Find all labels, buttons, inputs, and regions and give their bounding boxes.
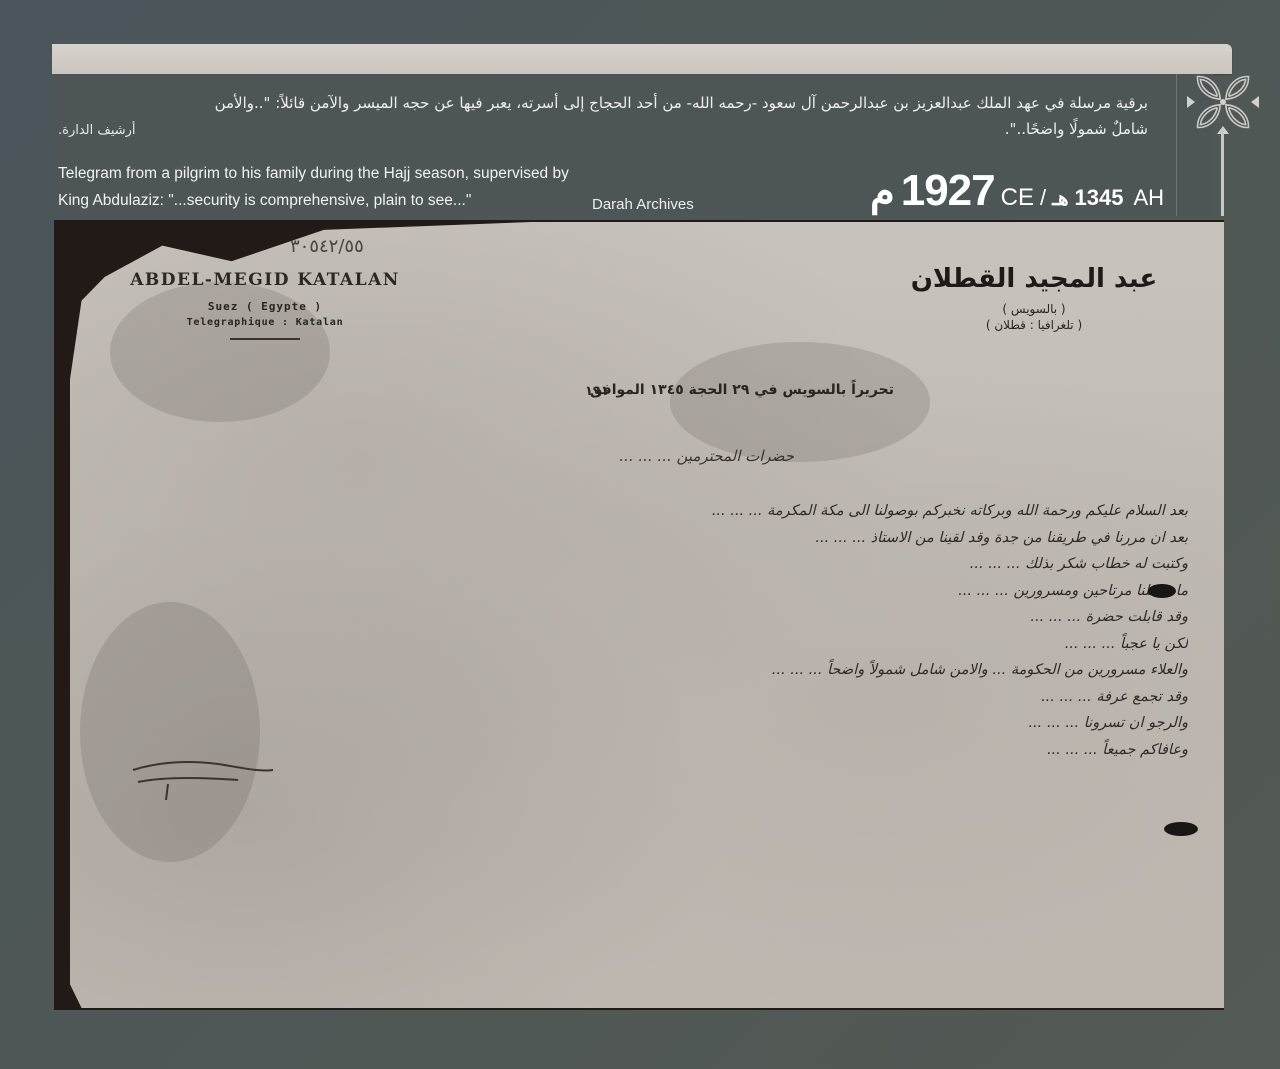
exhibit-panel: برقية مرسلة في عهد الملك عبدالعزيز بن عب… xyxy=(0,0,1280,1069)
ce-label: CE xyxy=(1001,184,1034,212)
letterhead-english: ABDEL-MEGID KATALAN Suez ( Egypte ) Tele… xyxy=(100,270,430,340)
body-line: وقد قابلت حضرة ... ... ... xyxy=(128,604,1188,631)
letterhead-city: Suez ( Egypte ) xyxy=(100,300,430,313)
signature-mark xyxy=(128,742,278,802)
letter-body: بعد السلام عليكم ورحمة الله وبركاته نخبر… xyxy=(128,498,1188,763)
year-ah: 1345 xyxy=(1074,185,1123,211)
letterhead-city-arabic: ( بالسويس ) xyxy=(884,302,1184,316)
caption-arabic-line: شاملٌ شمولًا واضحًا..". xyxy=(48,116,1148,142)
year-ah-ar-suffix: هـ xyxy=(1052,186,1068,211)
body-line: وعافاكم جميعاً ... ... ... xyxy=(128,737,1188,764)
date-separator: / xyxy=(1040,185,1046,211)
caption-english-line: Telegram from a pilgrim to his family du… xyxy=(58,160,698,187)
letterhead-name-arabic: عبد المجيد القطلان xyxy=(884,264,1184,294)
body-line: وكتبت له خطاب شكر بذلك ... ... ... xyxy=(128,551,1188,578)
body-line: والرجو ان تسرونا ... ... ... xyxy=(128,710,1188,737)
body-line: والعلاء مسرورين من الحكومة ... والامن شا… xyxy=(128,657,1188,684)
archive-credit-arabic: أرشيف الدارة. xyxy=(58,123,136,138)
year-ce-ar-suffix: م xyxy=(870,169,895,215)
letterhead-telegraphic: Telegraphique : Katalan xyxy=(100,317,430,328)
document-date-line: تحريراً بالسويس في ٢٩ الحجة ١٣٤٥ الموافق xyxy=(590,382,894,398)
letterhead-arabic: عبد المجيد القطلان ( بالسويس ) ( تلغرافي… xyxy=(884,264,1184,332)
date-block: م 1927 CE / هـ 1345 AH xyxy=(870,166,1164,216)
divider-line xyxy=(1176,74,1177,216)
letterhead-telegraphic-arabic: ( تلغرافيا : قطلان ) xyxy=(884,318,1184,332)
paper-stain xyxy=(670,342,930,462)
top-band xyxy=(52,44,1232,74)
body-line: بعد ان مررنا في طريقنا من جدة وقد لقينا … xyxy=(128,525,1188,552)
body-line: بعد السلام عليكم ورحمة الله وبركاته نخبر… xyxy=(128,498,1188,525)
ornament-stem xyxy=(1221,128,1224,216)
archive-credit-english: Darah Archives xyxy=(592,196,694,213)
punch-hole xyxy=(1164,822,1198,836)
punch-hole xyxy=(1148,584,1176,598)
body-line: ما حصلنا مرتاحين ومسرورين ... ... ... xyxy=(128,578,1188,605)
year-ce: 1927 xyxy=(901,166,995,216)
body-line: لكن يا عجباً ... ... ... xyxy=(128,631,1188,658)
document-number: ١٩١ xyxy=(585,384,609,399)
caption-arabic: برقية مرسلة في عهد الملك عبدالعزيز بن عب… xyxy=(48,90,1148,142)
salutation: حضرات المحترمين ... ... ... xyxy=(619,447,794,465)
ah-label: AH xyxy=(1133,185,1164,211)
letterhead-name: ABDEL-MEGID KATALAN xyxy=(100,270,430,290)
body-line: وقد تجمع عرفة ... ... ... xyxy=(128,684,1188,711)
reference-number: ٣٠٥٤٢/٥٥ xyxy=(290,236,364,257)
letterhead-rule xyxy=(230,338,300,340)
telegram-document: ٣٠٥٤٢/٥٥ ABDEL-MEGID KATALAN Suez ( Egyp… xyxy=(70,222,1224,1008)
caption-arabic-line: برقية مرسلة في عهد الملك عبدالعزيز بن عب… xyxy=(48,90,1148,116)
